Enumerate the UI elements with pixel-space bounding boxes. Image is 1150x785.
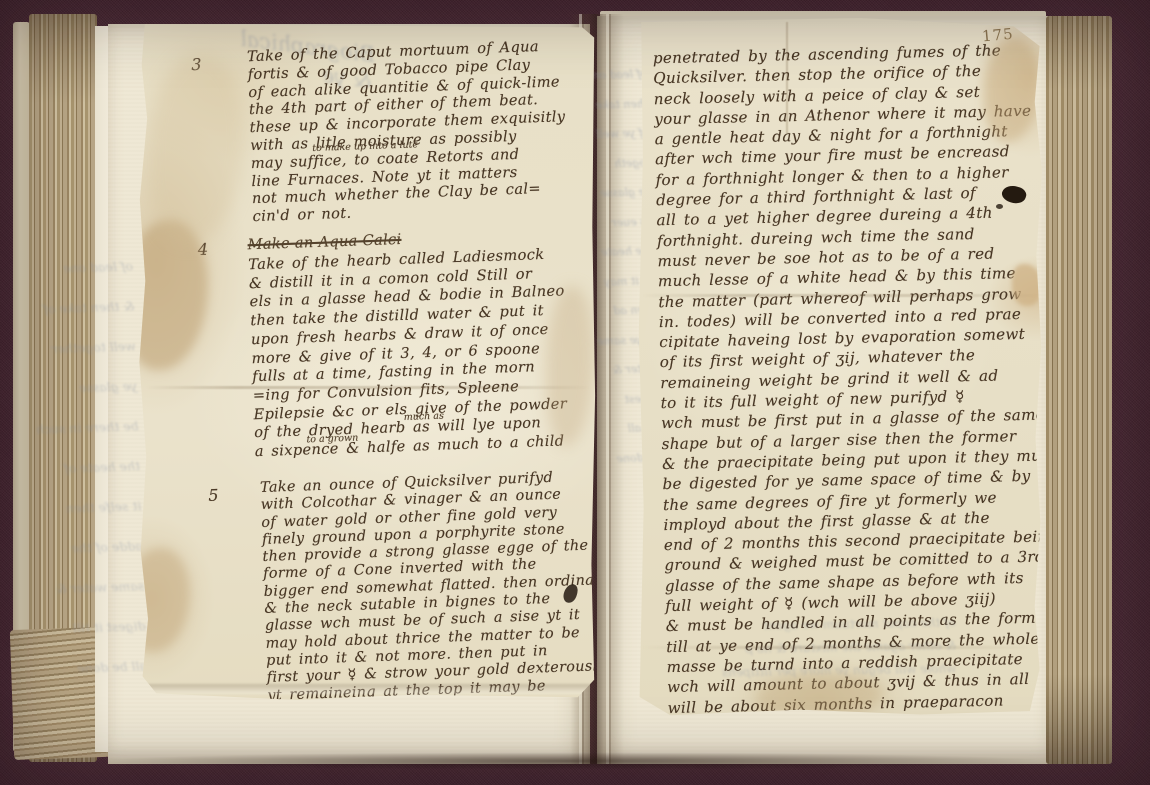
- recipe-section-4: 4 Make an Aqua Calci Take of the hearb c…: [247, 224, 617, 462]
- page-stack-edge-right: [1046, 16, 1112, 764]
- interlinear-insertion: much as: [404, 411, 444, 423]
- photographed-open-book: of lead one& then take ofwell togetherye…: [0, 0, 1150, 785]
- right-page-text: penetrated by the ascending fumes of the…: [638, 13, 1058, 722]
- recipe-section-5: 5 Take an ounce of Quicksilver purifydwi…: [260, 467, 640, 705]
- section-lines: Take an ounce of Quicksilver purifydwith…: [260, 467, 640, 705]
- section-lines: Take of the hearb called Ladiesmock& dis…: [248, 244, 617, 462]
- section-number: 5: [208, 485, 219, 504]
- recipe-section-3: 3 Take of the Caput mortuum of Aquaforti…: [247, 36, 615, 226]
- manuscript-page-right: 175 penetrated by the ascending fumes of…: [638, 18, 1042, 718]
- book-curvature-shadow: [96, 752, 1052, 770]
- section-lines: Take of the Caput mortuum of Aquafortis …: [247, 36, 615, 226]
- section-number: 4: [197, 240, 208, 259]
- manuscript-page-left: Biographical& ye 3 Take of the Caput mor…: [138, 24, 596, 700]
- section-number: 3: [191, 55, 202, 74]
- left-page-text: 3 Take of the Caput mortuum of Aquaforti…: [138, 16, 619, 708]
- interlinear-insertion: to a grown: [306, 433, 358, 446]
- page-lines: penetrated by the ascending fumes of the…: [653, 39, 1056, 717]
